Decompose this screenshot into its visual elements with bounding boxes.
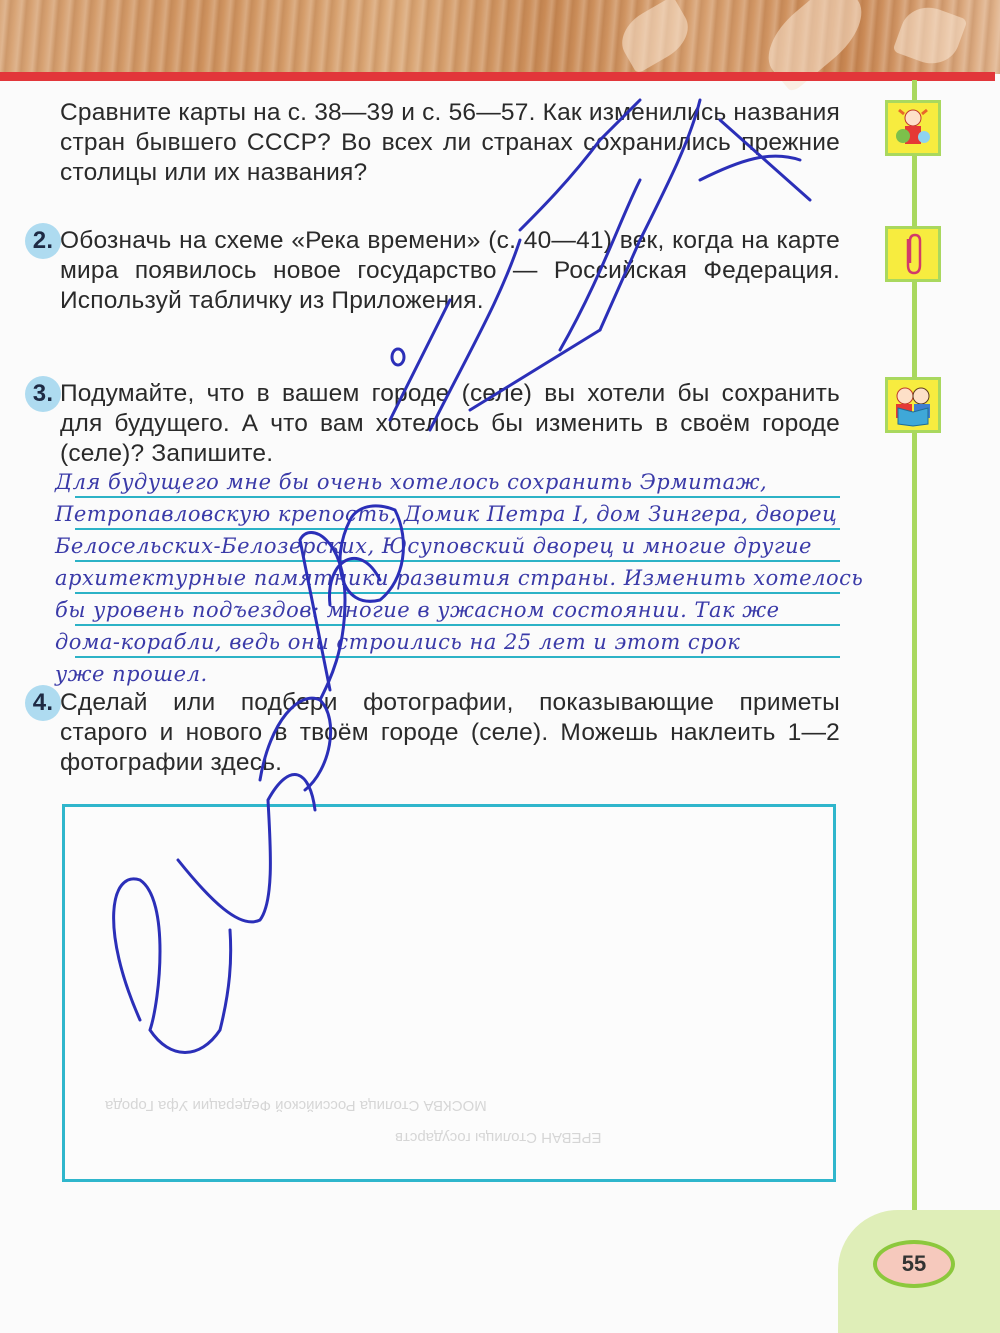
paperclip-icon — [885, 226, 941, 282]
answer-line[interactable]: Петропавловскую крепость, Домик Петра I,… — [75, 498, 840, 530]
answer-line[interactable]: дома-корабли, ведь они строились на 25 л… — [75, 626, 840, 658]
handwritten-answer: Для будущего мне бы очень хотелось сохра… — [55, 466, 935, 688]
children-reading-icon — [885, 377, 941, 433]
task-number-badge: 4. — [25, 685, 61, 721]
task-2-text: Обозначь на схеме «Река времени» (с. 40—… — [60, 226, 840, 316]
task-3: 3. Подумайте, что в вашем городе (селе) … — [60, 379, 840, 469]
task-1-text: Сравните карты на с. 38—39 и с. 56—57. К… — [60, 98, 840, 188]
header-photo-banner — [0, 0, 1000, 74]
answer-line-text: дома-корабли, ведь они строились на 25 л… — [55, 630, 740, 654]
task-1: Сравните карты на с. 38—39 и с. 56—57. К… — [60, 98, 840, 188]
answer-line-text: бы уровень подъездов: многие в ужасном с… — [55, 598, 780, 622]
page-number: 55 — [873, 1240, 955, 1288]
answer-line-text: Для будущего мне бы очень хотелось сохра… — [55, 470, 767, 494]
answer-line[interactable]: Для будущего мне бы очень хотелось сохра… — [75, 466, 840, 498]
header-red-rule — [0, 72, 995, 81]
task-3-text: Подумайте, что в вашем городе (селе) вы … — [60, 379, 840, 469]
photo-paste-area[interactable]: МОСКВА Столица Российской Федерации Уфа … — [62, 804, 836, 1182]
answer-line[interactable]: бы уровень подъездов: многие в ужасном с… — [75, 594, 840, 626]
task-number-badge: 3. — [25, 376, 61, 412]
answer-line-text: архитектурные памятники развития страны.… — [55, 566, 863, 590]
show-through-text: МОСКВА Столица Российской Федерации Уфа … — [105, 1097, 487, 1114]
answer-line[interactable]: Белосельских-Белозерских, Юсуповский дво… — [75, 530, 840, 562]
task-2: 2. Обозначь на схеме «Река времени» (с. … — [60, 226, 840, 316]
answer-last-line: уже прошел. — [55, 658, 935, 688]
answer-line-text: Петропавловскую крепость, Домик Петра I,… — [55, 502, 837, 526]
answer-line-text: уже прошел. — [55, 662, 208, 686]
girl-with-globes-icon — [885, 100, 941, 156]
task-number-badge: 2. — [25, 223, 61, 259]
task-4: 4. Сделай или подбери фотографии, показы… — [60, 688, 840, 778]
answer-line-text: Белосельских-Белозерских, Юсуповский дво… — [55, 534, 812, 558]
task-4-text: Сделай или подбери фотографии, показываю… — [60, 688, 840, 778]
answer-line[interactable]: архитектурные памятники развития страны.… — [75, 562, 840, 594]
show-through-text: ЕРЕВАН Столицы государств — [395, 1129, 602, 1146]
